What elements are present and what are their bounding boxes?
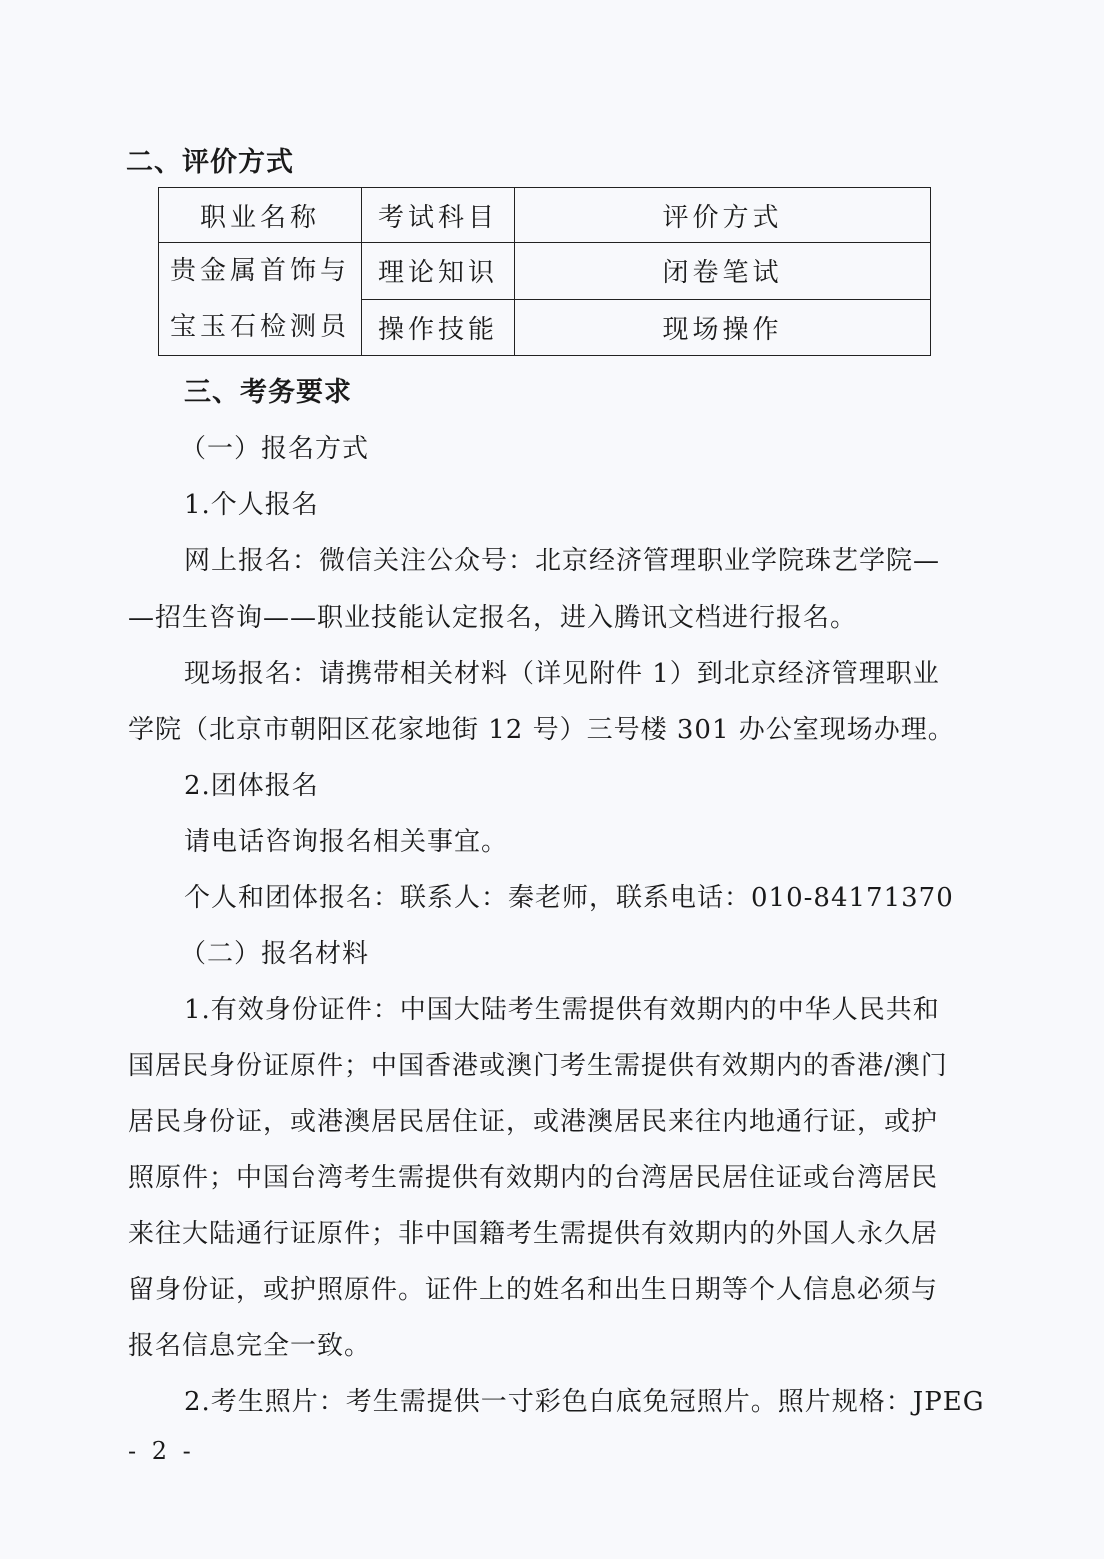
- header-subject: 考试科目: [362, 188, 515, 243]
- method-cell: 闭卷笔试: [515, 243, 931, 300]
- id-document-line-4: 照原件；中国台湾考生需提供有效期内的台湾居民居住证或台湾居民: [128, 1157, 938, 1194]
- occupation-line-1: 贵金属首饰与: [159, 243, 361, 299]
- subheading-registration-materials: （二）报名材料: [180, 933, 369, 970]
- header-occupation: 职业名称: [159, 188, 362, 243]
- group-registration-text: 请电话咨询报名相关事宜。: [184, 821, 508, 858]
- id-document-line-5: 来往大陆通行证原件；非中国籍考生需提供有效期内的外国人永久居: [128, 1213, 938, 1250]
- item-individual-registration: 1.个人报名: [184, 484, 319, 521]
- id-document-line-7: 报名信息完全一致。: [128, 1325, 371, 1362]
- online-registration-line-1: 网上报名：微信关注公众号：北京经济管理职业学院珠艺学院—: [184, 540, 940, 577]
- subject-cell: 理论知识: [362, 243, 515, 300]
- evaluation-table: 职业名称 考试科目 评价方式 贵金属首饰与 宝玉石检测员 理论知识 闭卷笔试 操…: [158, 187, 931, 356]
- contact-info: 个人和团体报名：联系人：秦老师，联系电话：010-84171370: [184, 877, 954, 914]
- id-document-line-3: 居民身份证，或港澳居民居住证，或港澳居民来往内地通行证，或护: [128, 1101, 938, 1138]
- subheading-registration-method: （一）报名方式: [180, 428, 369, 465]
- table-header-row: 职业名称 考试科目 评价方式: [159, 188, 931, 243]
- id-document-line-2: 国居民身份证原件；中国香港或澳门考生需提供有效期内的香港/澳门: [128, 1045, 948, 1082]
- occupation-name-cell: 贵金属首饰与 宝玉石检测员: [159, 243, 362, 356]
- id-document-line-6: 留身份证，或护照原件。证件上的姓名和出生日期等个人信息必须与: [128, 1269, 938, 1306]
- onsite-registration-line-2: 学院（北京市朝阳区花家地街 12 号）三号楼 301 办公室现场办理。: [128, 709, 955, 746]
- section-heading-evaluation: 二、评价方式: [126, 140, 294, 179]
- subject-cell: 操作技能: [362, 299, 515, 356]
- occupation-line-2: 宝玉石检测员: [159, 299, 361, 355]
- header-method: 评价方式: [515, 188, 931, 243]
- item-group-registration: 2.团体报名: [184, 765, 319, 802]
- method-cell: 现场操作: [515, 299, 931, 356]
- photo-requirement-line: 2.考生照片：考生需提供一寸彩色白底免冠照片。照片规格：JPEG: [184, 1381, 984, 1418]
- id-document-line-1: 1.有效身份证件：中国大陆考生需提供有效期内的中华人民共和: [184, 989, 940, 1026]
- onsite-registration-line-1: 现场报名：请携带相关材料（详见附件 1）到北京经济管理职业: [184, 653, 940, 690]
- page-number: - 2 -: [128, 1437, 195, 1465]
- section-heading-exam-affairs: 三、考务要求: [184, 370, 352, 409]
- online-registration-line-2: —招生咨询——职业技能认定报名，进入腾讯文档进行报名。: [128, 597, 857, 634]
- table-row: 贵金属首饰与 宝玉石检测员 理论知识 闭卷笔试: [159, 243, 931, 300]
- document-page: 二、评价方式 职业名称 考试科目 评价方式 贵金属首饰与 宝玉石检测员 理论知识…: [0, 0, 1104, 1559]
